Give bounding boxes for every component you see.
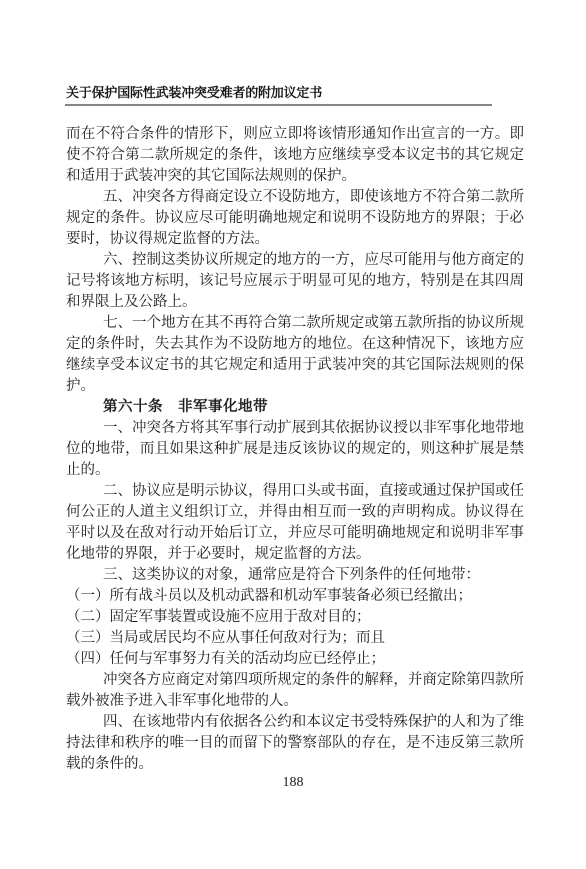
article-heading: 第六十条 非军事化地带 xyxy=(66,397,524,418)
paragraph: （四）任何与军事努力有关的活动均应已经停止； xyxy=(66,649,524,670)
paragraph: 五、冲突各方得商定设立不设防地方，即使该地方不符合第二款所规定的条件。协议应尽可… xyxy=(66,187,524,250)
page-number: 188 xyxy=(0,775,586,791)
paragraph: 四、在该地带内有依据各公约和本议定书受特殊保护的人和为了维持法律和秩序的唯一目的… xyxy=(66,712,524,775)
paragraph: 二、协议应是明示协议，得用口头或书面，直接或通过保护国或任何公正的人道主义组织订… xyxy=(66,481,524,565)
document-page: 关于保护国际性武装冲突受难者的附加议定书 而在不符合条件的情形下，则应立即将该情… xyxy=(0,0,586,869)
paragraph: 而在不符合条件的情形下，则应立即将该情形通知作出宣言的一方。即使不符合第二款所规… xyxy=(66,124,524,187)
running-header-title: 关于保护国际性武装冲突受难者的附加议定书 xyxy=(66,82,493,101)
paragraph: （一）所有战斗员以及机动武器和机动军事装备必须已经撤出； xyxy=(66,586,524,607)
paragraph: 六、控制这类协议所规定的地方的一方，应尽可能用与他方商定的记号将该地方标明，该记… xyxy=(66,250,524,313)
document-body: 而在不符合条件的情形下，则应立即将该情形通知作出宣言的一方。即使不符合第二款所规… xyxy=(66,124,524,775)
paragraph: 冲突各方应商定对第四项所规定的条件的解释，并商定除第四款所载外被准予进入非军事化… xyxy=(66,670,524,712)
header-rule xyxy=(65,104,492,106)
paragraph: 一、冲突各方将其军事行动扩展到其依据协议授以非军事化地带地位的地带，而且如果这种… xyxy=(66,418,524,481)
paragraph: （三）当局或居民均不应从事任何敌对行为；而且 xyxy=(66,628,524,649)
paragraph: 三、这类协议的对象，通常应是符合下列条件的任何地带： xyxy=(66,565,524,586)
paragraph: 七、一个地方在其不再符合第二款所规定或第五款所指的协议所规定的条件时，失去其作为… xyxy=(66,313,524,397)
paragraph: （二）固定军事装置或设施不应用于敌对目的； xyxy=(66,607,524,628)
